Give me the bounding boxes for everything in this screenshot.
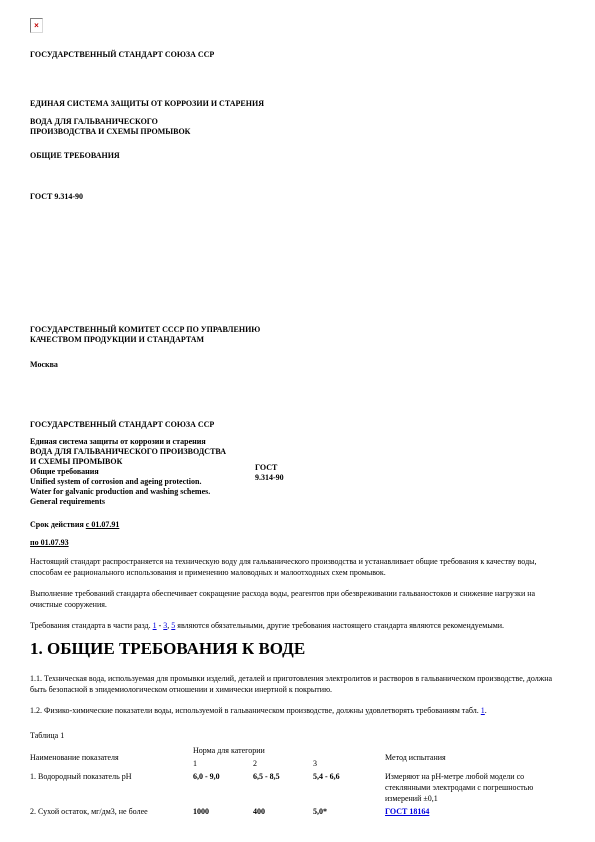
doc-title-line2: ПРОИЗВОДСТВА И СХЕМЫ ПРОМЫВОК [30,127,565,137]
row-1-method: Измеряют на pH-метре любой модели со сте… [385,771,565,806]
gost-number: 9.314-90 [255,473,335,483]
clause-1-2-period: . [485,706,487,715]
title-block-line: Единая система защиты от коррозии и стар… [30,437,255,447]
gost-label: ГОСТ [255,463,335,473]
document-page: × ГОСУДАРСТВЕННЫЙ СТАНДАРТ СОЮЗА ССР ЕДИ… [0,0,595,819]
doc-title-line1: ВОДА ДЛЯ ГАЛЬВАНИЧЕСКОГО [30,117,565,127]
validity-from-link[interactable]: с 01.07.91 [86,520,120,529]
category-header-1: 1 [193,758,253,771]
table-1-caption: Таблица 1 [30,730,565,741]
table-header-row-1: Наименование показателя Норма для катего… [30,745,565,758]
row-2-cat3: 5,0* [313,806,385,819]
p3-text-after: являются обязательными, другие требовани… [175,621,504,630]
title-block-left: Единая система защиты от коррозии и стар… [30,437,255,507]
col-header-norm: Норма для категории [193,745,385,758]
validity-to-link[interactable]: по 01.07.93 [30,538,69,547]
p3-text: Требования стандарта в части разд. [30,621,153,630]
row-2-cat2: 400 [253,806,313,819]
validity-to-line: по 01.07.93 [30,538,565,548]
title-block: Единая система защиты от коррозии и стар… [30,437,565,507]
gost-number-top: ГОСТ 9.314-90 [30,192,565,202]
standard-union-header-2: ГОСУДАРСТВЕННЫЙ СТАНДАРТ СОЮЗА ССР [30,420,565,430]
committee-line2: КАЧЕСТВОМ ПРОДУКЦИИ И СТАНДАРТАМ [30,335,565,345]
row-1-cat3: 5,4 - 6,6 [313,771,385,806]
title-block-line: Unified system of corrosion and ageing p… [30,477,255,487]
clause-1-2: 1.2. Физико-химические показатели воды, … [30,705,565,716]
broken-image-icon: × [30,18,43,33]
title-block-line: И СХЕМЫ ПРОМЫВОК [30,457,255,467]
standard-union-header: ГОСУДАРСТВЕННЫЙ СТАНДАРТ СОЮЗА ССР [30,50,565,60]
table-row: 2. Сухой остаток, мг/дм3, не более 1000 … [30,806,565,819]
table-1: Наименование показателя Норма для катего… [30,745,565,819]
category-header-3: 3 [313,758,385,771]
broken-image-x-glyph: × [34,22,39,30]
col-header-method: Метод испытания [385,745,565,771]
gost-18164-link[interactable]: ГОСТ 18164 [385,807,429,816]
validity-from-line: Срок действия с 01.07.91 [30,520,565,530]
intro-paragraph-1: Настоящий стандарт распространяется на т… [30,556,565,578]
title-block-line: General requirements [30,497,255,507]
section-1-heading: 1. ОБЩИЕ ТРЕБОВАНИЯ К ВОДЕ [30,639,565,659]
row-1-cat1: 6,0 - 9,0 [193,771,253,806]
row-1-cat2: 6,5 - 8,5 [253,771,313,806]
doc-subtitle: ОБЩИЕ ТРЕБОВАНИЯ [30,151,565,161]
title-block-line: Water for galvanic production and washin… [30,487,255,497]
col-header-name: Наименование показателя [30,745,193,771]
clause-1-2-text: 1.2. Физико-химические показатели воды, … [30,706,481,715]
validity-prefix: Срок действия [30,520,86,529]
protection-system-header: ЕДИНАЯ СИСТЕМА ЗАЩИТЫ ОТ КОРРОЗИИ И СТАР… [30,99,565,109]
row-1-name: 1. Водородный показатель pH [30,771,193,806]
row-2-cat1: 1000 [193,806,253,819]
intro-paragraph-2: Выполнение требований стандарта обеспечи… [30,588,565,610]
table-row: 1. Водородный показатель pH 6,0 - 9,0 6,… [30,771,565,806]
clause-1-1: 1.1. Техническая вода, используемая для … [30,673,565,695]
row-2-name: 2. Сухой остаток, мг/дм3, не более [30,806,193,819]
title-block-gost: ГОСТ 9.314-90 [255,437,335,507]
title-block-line: Общие требования [30,467,255,477]
title-block-line: ВОДА ДЛЯ ГАЛЬВАНИЧЕСКОГО ПРОИЗВОДСТВА [30,447,255,457]
intro-paragraph-3: Требования стандарта в части разд. 1 - 3… [30,620,565,631]
committee-line1: ГОСУДАРСТВЕННЫЙ КОМИТЕТ СССР ПО УПРАВЛЕН… [30,325,565,335]
publication-city: Москва [30,360,565,370]
category-header-2: 2 [253,758,313,771]
